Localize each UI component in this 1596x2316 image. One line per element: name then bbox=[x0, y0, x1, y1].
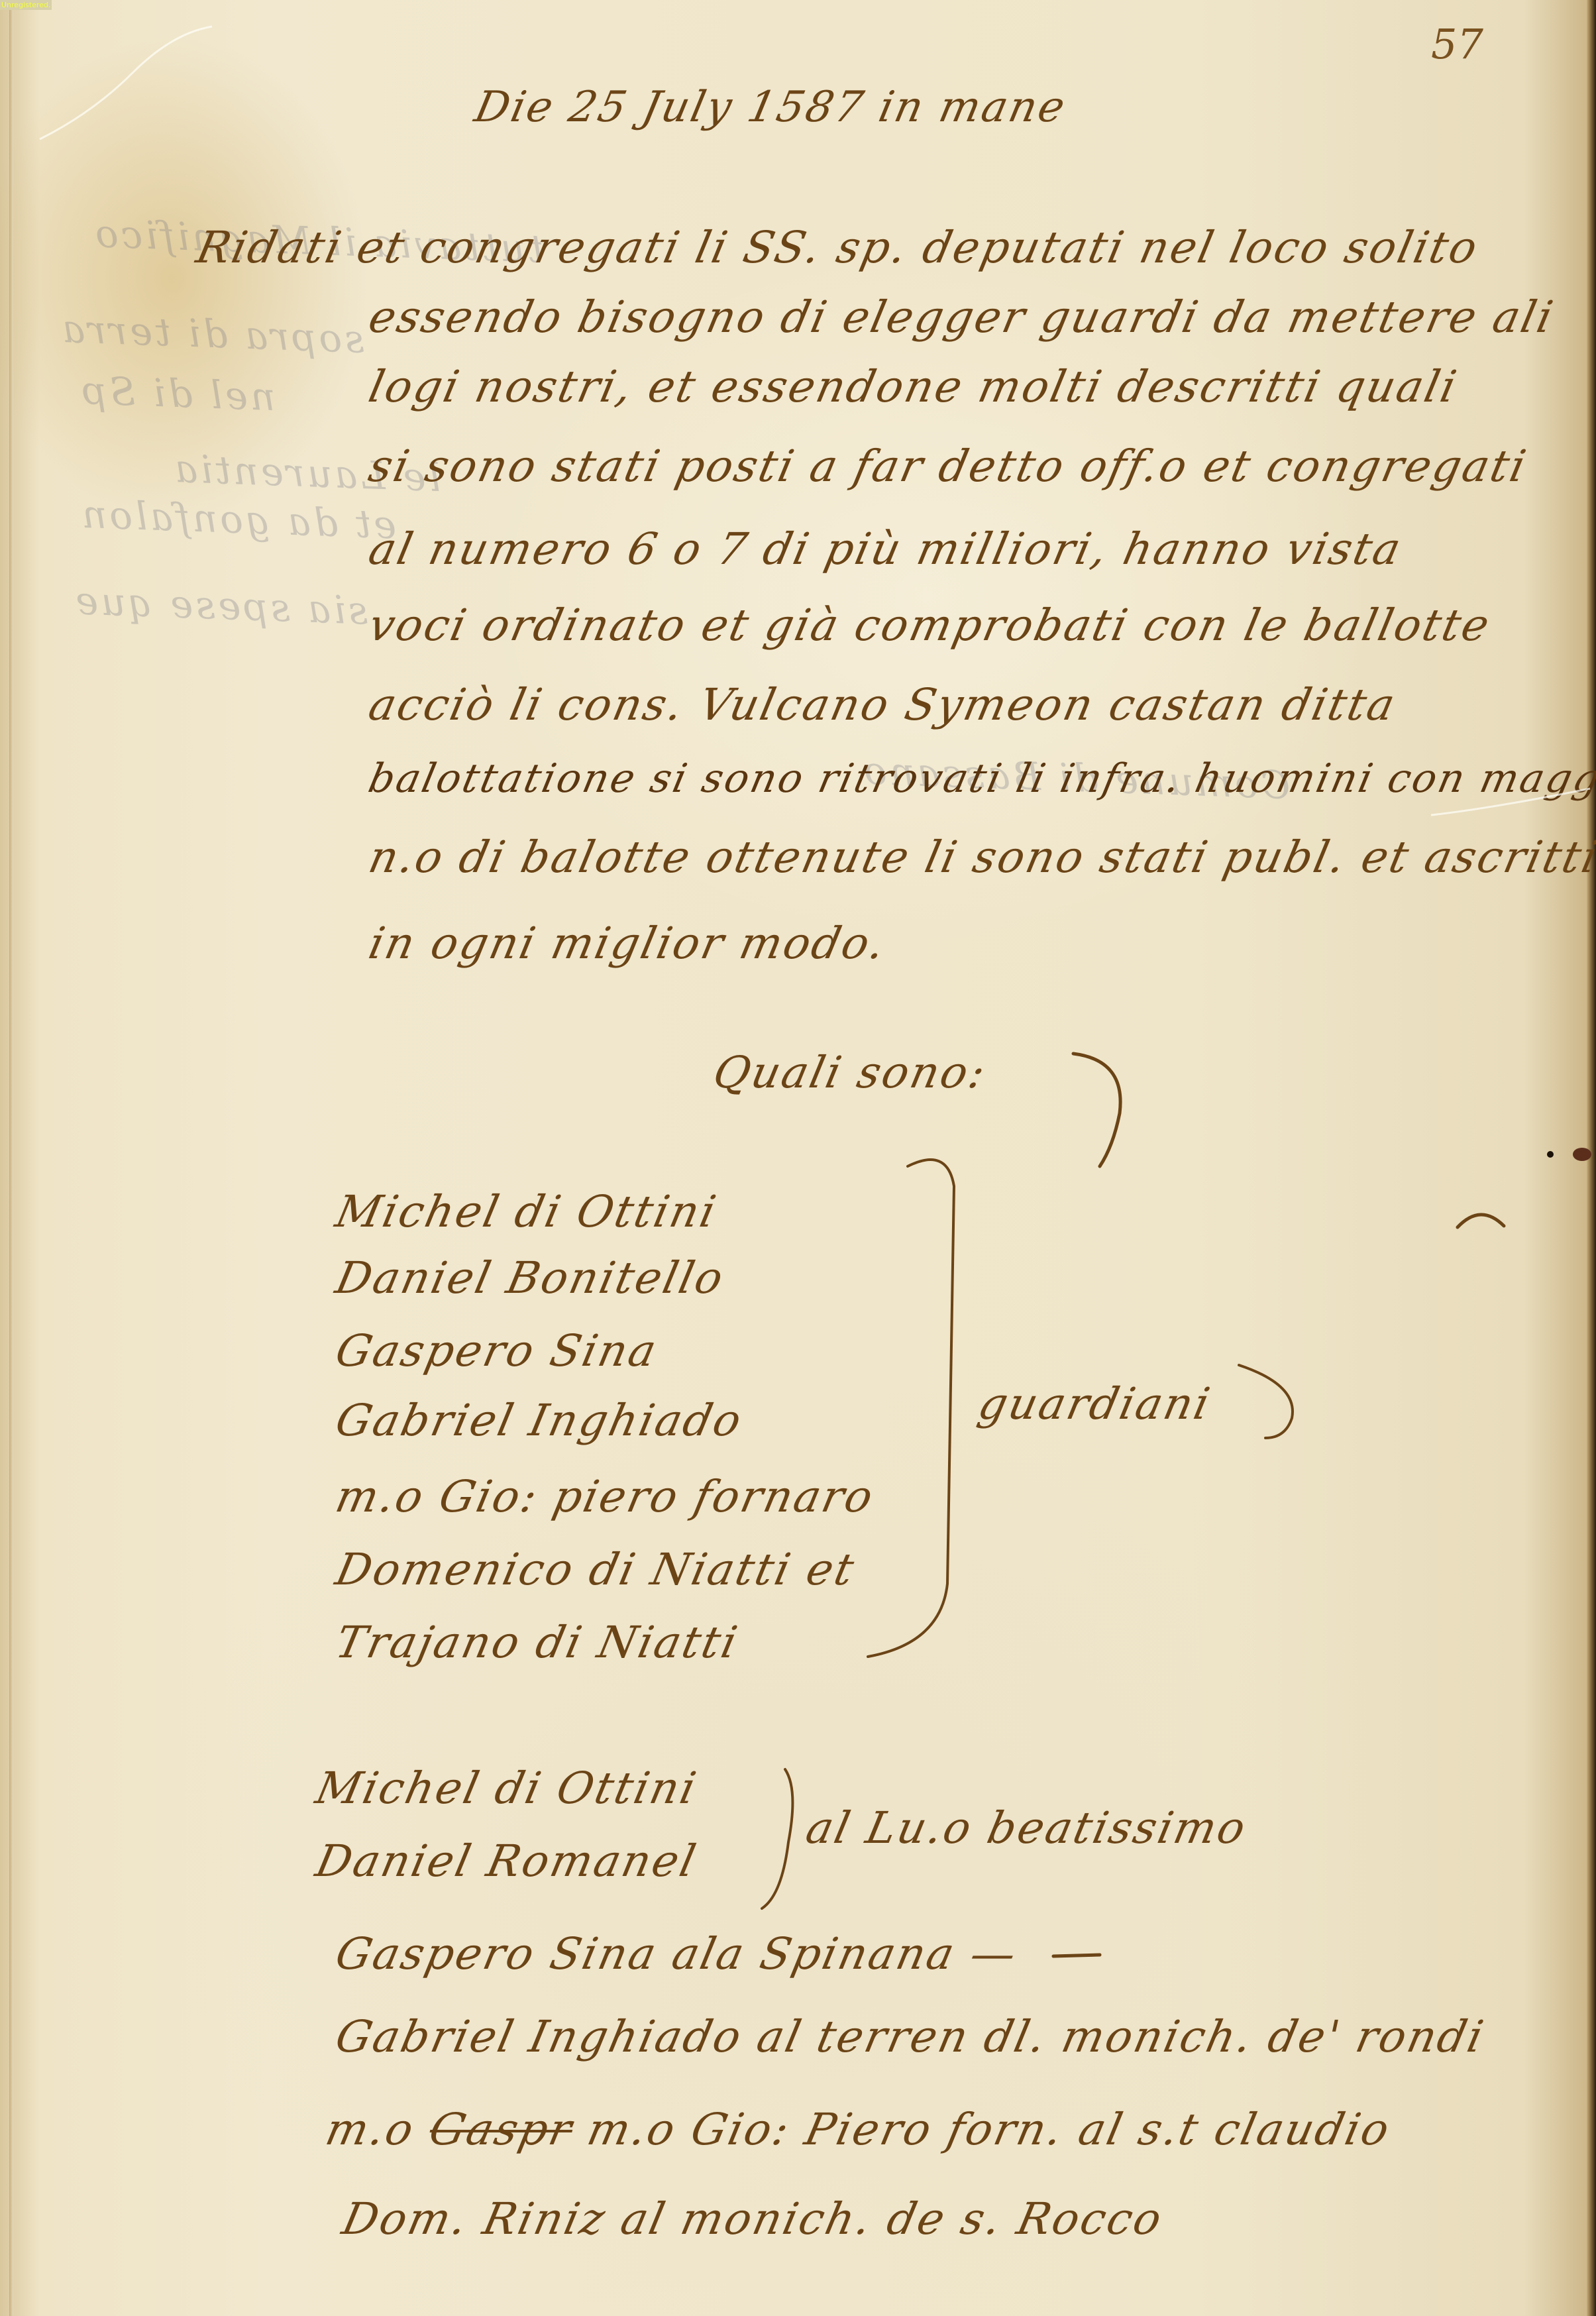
bleed-through-text: et da gonfalon bbox=[79, 492, 398, 548]
bleed-through-text: nel di Sp bbox=[79, 368, 276, 419]
guardian-name: Gaspero Sina bbox=[331, 1325, 663, 1376]
paper-crease bbox=[40, 27, 212, 139]
flourish-icon bbox=[1239, 1365, 1293, 1438]
guardian-name: Gabriel Inghiado bbox=[331, 1395, 747, 1446]
assignment-destination: ala Spinana — bbox=[668, 1928, 1022, 1979]
paragraph-line: al numero 6 o 7 di più milliori, hanno v… bbox=[364, 524, 1407, 575]
paragraph-line: n.o di balotte ottenute li sono stati pu… bbox=[364, 832, 1596, 883]
paragraph-line: acciò li cons. Vulcano Symeon castan dit… bbox=[364, 679, 1401, 730]
assignment-destination: al s.t claudio bbox=[1074, 2104, 1395, 2155]
margin-flourish-icon bbox=[1458, 1215, 1504, 1227]
list-heading: Quali sono: bbox=[709, 1047, 992, 1098]
guardian-name: m.o Gio: piero fornaro bbox=[331, 1471, 879, 1522]
guardian-name: Daniel Bonitello bbox=[331, 1252, 729, 1303]
assignment-name: Gaspero Sina bbox=[331, 1928, 663, 1979]
right-brace-icon bbox=[868, 1160, 954, 1657]
guardian-name: Domenico di Niatti et bbox=[331, 1544, 860, 1595]
struck-out-text: Gaspr bbox=[425, 2104, 578, 2155]
paragraph-line: balottatione si sono ritrovati li infra.… bbox=[364, 755, 1596, 802]
assignment-row: Dom. Riniz al monich. de s. Rocco bbox=[338, 2193, 1168, 2244]
guardian-name: Michel di Ottini bbox=[331, 1186, 722, 1237]
assignment-name: m.o Gio: Piero forn. bbox=[583, 2104, 1069, 2155]
paragraph-line: si sono stati posti a far detto off.o et… bbox=[364, 441, 1532, 492]
date-header: Die 25 July 1587 in mane bbox=[470, 83, 1071, 132]
paragraph-line: logi nostri, et essendone molti descritt… bbox=[364, 361, 1463, 412]
guardian-bracket-label: guardiani bbox=[974, 1378, 1216, 1429]
unregistered-watermark: Unregistered. bbox=[0, 0, 52, 10]
flourish-icon bbox=[1073, 1054, 1120, 1166]
manuscript-page: tuttavia il Magnifico sopra di terra nel… bbox=[0, 0, 1596, 2316]
page-number: 57 bbox=[1431, 20, 1483, 68]
paragraph-line: essendo bisogno di elegger guardi da met… bbox=[364, 292, 1559, 343]
page-right-edge bbox=[1587, 0, 1596, 2316]
assignment-destination: al monich. de s. Rocco bbox=[616, 2193, 1167, 2244]
right-brace-icon bbox=[762, 1769, 792, 1908]
assignment-name: Michel di Ottini bbox=[311, 1763, 702, 1814]
assignment-row: Gaspero Sina ala Spinana — bbox=[331, 1928, 1022, 1979]
assignment-prefix: m.o bbox=[321, 2104, 420, 2155]
assignment-name: Daniel Romanel bbox=[311, 1836, 702, 1887]
binding-edge bbox=[9, 0, 13, 2316]
assignment-destination: al terren dl. monich. de' rondi bbox=[753, 2011, 1489, 2062]
assignment-row: m.o Gaspr m.o Gio: Piero forn. al s.t cl… bbox=[321, 2104, 1395, 2155]
bleed-through-text: sopra di terra bbox=[59, 306, 365, 362]
assignment-name: Gabriel Inghiado bbox=[331, 2011, 747, 2062]
paragraph-line: voci ordinato et già comprobati con le b… bbox=[364, 600, 1495, 651]
bleed-through-text: sia spese que bbox=[72, 578, 369, 634]
paragraph-line: Ridati et congregati li SS. sp. deputati… bbox=[192, 222, 1483, 273]
assignment-name: Dom. Riniz bbox=[338, 2193, 612, 2244]
paragraph-line: in ogni miglior modo. bbox=[364, 918, 891, 969]
assignment-destination: al Lu.o beatissimo bbox=[802, 1802, 1251, 1853]
assignment-row: Gabriel Inghiado al terren dl. monich. d… bbox=[331, 2011, 1489, 2062]
ink-dot bbox=[1547, 1151, 1554, 1158]
dash-stroke bbox=[1053, 1955, 1100, 1956]
guardian-name: Trajano di Niatti bbox=[331, 1617, 743, 1668]
